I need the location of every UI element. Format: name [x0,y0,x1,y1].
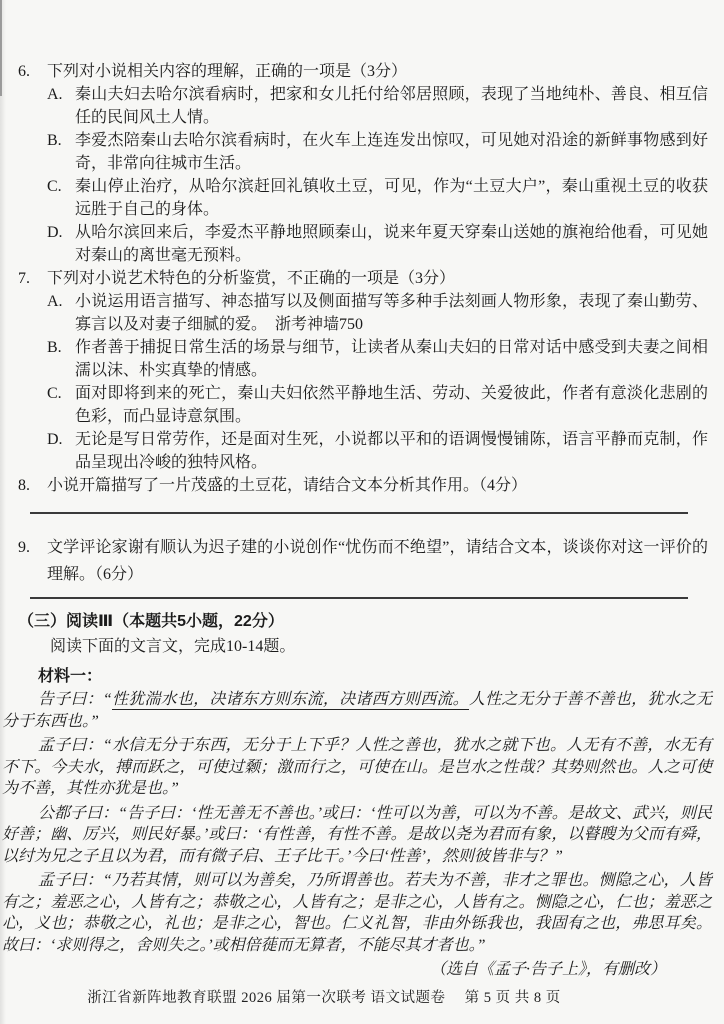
option-text: 李爱杰陪秦山去哈尔滨看病时，在火车上连连发出惊叹，可见她对沿途的新鲜事物感到好奇… [75,129,708,175]
page-footer: 浙江省新阵地教育联盟 2026 届第一次联考 语文试题卷 第 5 页 共 8 页 [0,986,686,1007]
question-6-option-b: B. 李爱杰陪秦山去哈尔滨看病时，在火车上连连发出惊叹，可见她对沿途的新鲜事物感… [18,129,708,175]
emphasis-dot-char: 信 [128,737,144,754]
question-8-number: 8. [18,474,47,497]
question-7-option-c: C. 面对即将到来的死亡，秦山夫妇依然平静地生活、劳动、关爱彼此，作者有意淡化悲… [18,382,708,428]
option-label: A. [47,83,75,129]
question-7-option-d: D. 无论是写日常劳作，还是面对生死，小说都以平和的语调慢慢铺陈，语言平静而克制… [18,428,708,474]
classical-paragraph-mengzi-1: 孟子曰：“水信无分于东西，无分于上下乎？人性之善也，犹水之就下也。人无有不善，水… [2,735,712,800]
option-label: A. [47,290,75,336]
question-6-option-a: A. 秦山夫妇去哈尔滨看病时，把家和女儿托付给邻居照顾，表现了当地纯朴、善良、相… [18,83,708,129]
classical-paragraph-mengzi-2: 孟子曰：“乃若其情，则可以为善矣，乃所谓善也。若夫为不善，非才之罪也。恻隐之心，… [2,870,712,956]
question-6-stem: 下列对小说相关内容的理解，正确的一项是（3分） [47,60,708,83]
question-7-stem: 下列对小说艺术特色的分析鉴赏，不正确的一项是（3分） [47,267,708,290]
option-text: 面对即将到来的死亡，秦山夫妇依然平静地生活、劳动、关爱彼此，作者有意淡化悲剧的色… [75,382,708,428]
section-3-heading: （三）阅读Ⅲ（本题共5小题，22分） [18,610,708,634]
option-text: 作者善于捕捉日常生活的场景与细节，让读者从秦山夫妇的日常对话中感受到夫妻之间相濡… [75,336,708,382]
option-label: B. [47,336,75,382]
material-1-label: 材料一： [2,664,712,689]
option-text: 无论是写日常劳作，还是面对生死，小说都以平和的语调慢慢铺陈，语言平静而克制，作品… [75,428,708,474]
option-text: 从哈尔滨回来后，李爱杰平静地照顾秦山，说来年夏天穿秦山送她的旗袍给他看，可见她对… [75,221,708,267]
question-9: 9. 文学评论家谢有顺认为迟子建的小说创作“忧伤而不绝望”，请结合文本，谈谈你对… [18,534,708,588]
scan-edge-artifact [0,0,2,96]
question-6: 6. 下列对小说相关内容的理解，正确的一项是（3分） [18,60,708,83]
question-9-stem: 文学评论家谢有顺认为迟子建的小说创作“忧伤而不绝望”，请结合文本，谈谈你对这一评… [47,534,708,588]
para2-seg1: 孟子曰：“水 [38,737,128,754]
question-6-option-d: D. 从哈尔滨回来后，李爱杰平静地照顾秦山，说来年夏天穿秦山送她的旗袍给他看，可… [18,221,708,267]
question-6-option-c: C. 秦山停止治疗，从哈尔滨赶回礼镇收土豆，可见，作为“土豆大户”，秦山重视土豆… [18,175,708,221]
option-label: C. [47,175,75,221]
para3-text: 公都子曰：“告子曰：‘性无善无不善也。’或曰：‘性可以为善，可以为不善。是故文、… [2,805,712,865]
emphasis-dot-char: 固 [551,915,567,932]
question-6-number: 6. [18,60,47,83]
option-label: C. [47,382,75,428]
question-7-number: 7. [18,267,47,290]
option-label: D. [47,428,75,474]
question-9-number: 9. [18,534,47,588]
option-text: 小说运用语言描写、神态描写以及侧面描写等多种手法刻画人物形象，表现了秦山勤劳、寡… [75,290,708,336]
option-label: D. [47,221,75,267]
question-7-option-b: B. 作者善于捕捉日常生活的场景与细节，让读者从秦山夫妇的日常对话中感受到夫妻之… [18,336,708,382]
option-text: 秦山停止治疗，从哈尔滨赶回礼镇收土豆，可见，作为“土豆大户”，秦山重视土豆的收获… [75,175,708,221]
question-8: 8. 小说开篇描写了一片茂盛的土豆花，请结合文本分析其作用。（4分） [18,474,708,497]
exam-page-content: 6. 下列对小说相关内容的理解，正确的一项是（3分） A. 秦山夫妇去哈尔滨看病… [18,60,708,981]
para1-prefix: 告子曰：“ [38,691,112,708]
section-divider-bottom [30,597,688,599]
section-divider-top [30,512,688,514]
option-text: 秦山夫妇去哈尔滨看病时，把家和女儿托付给邻居照顾，表现了当地纯朴、善良、相互信任… [75,83,708,129]
option-label: B. [47,129,75,175]
question-7-option-a: A. 小说运用语言描写、神态描写以及侧面描写等多种手法刻画人物形象，表现了秦山勤… [18,290,708,336]
question-8-stem: 小说开篇描写了一片茂盛的土豆花，请结合文本分析其作用。（4分） [47,474,708,497]
question-7: 7. 下列对小说艺术特色的分析鉴赏，不正确的一项是（3分） [18,267,708,290]
underlined-passage: 性犹湍水也，决诸东方则东流，决诸西方则西流。 [112,691,469,710]
classical-material: 材料一： 告子曰：“性犹湍水也，决诸东方则东流，决诸西方则西流。人性之无分于善不… [2,664,712,981]
classical-paragraph-gongduzi: 公都子曰：“告子曰：‘性无善无不善也。’或曰：‘性可以为善，可以为不善。是故文、… [2,803,712,868]
classical-paragraph-gaozi: 告子曰：“性犹湍水也，决诸东方则东流，决诸西方则西流。人性之无分于善不善也，犹水… [2,689,712,732]
section-3-instruction: 阅读下面的文言文，完成10-14题。 [18,634,708,660]
material-source-attribution: （选自《孟子·告子上》，有删改） [2,959,712,981]
